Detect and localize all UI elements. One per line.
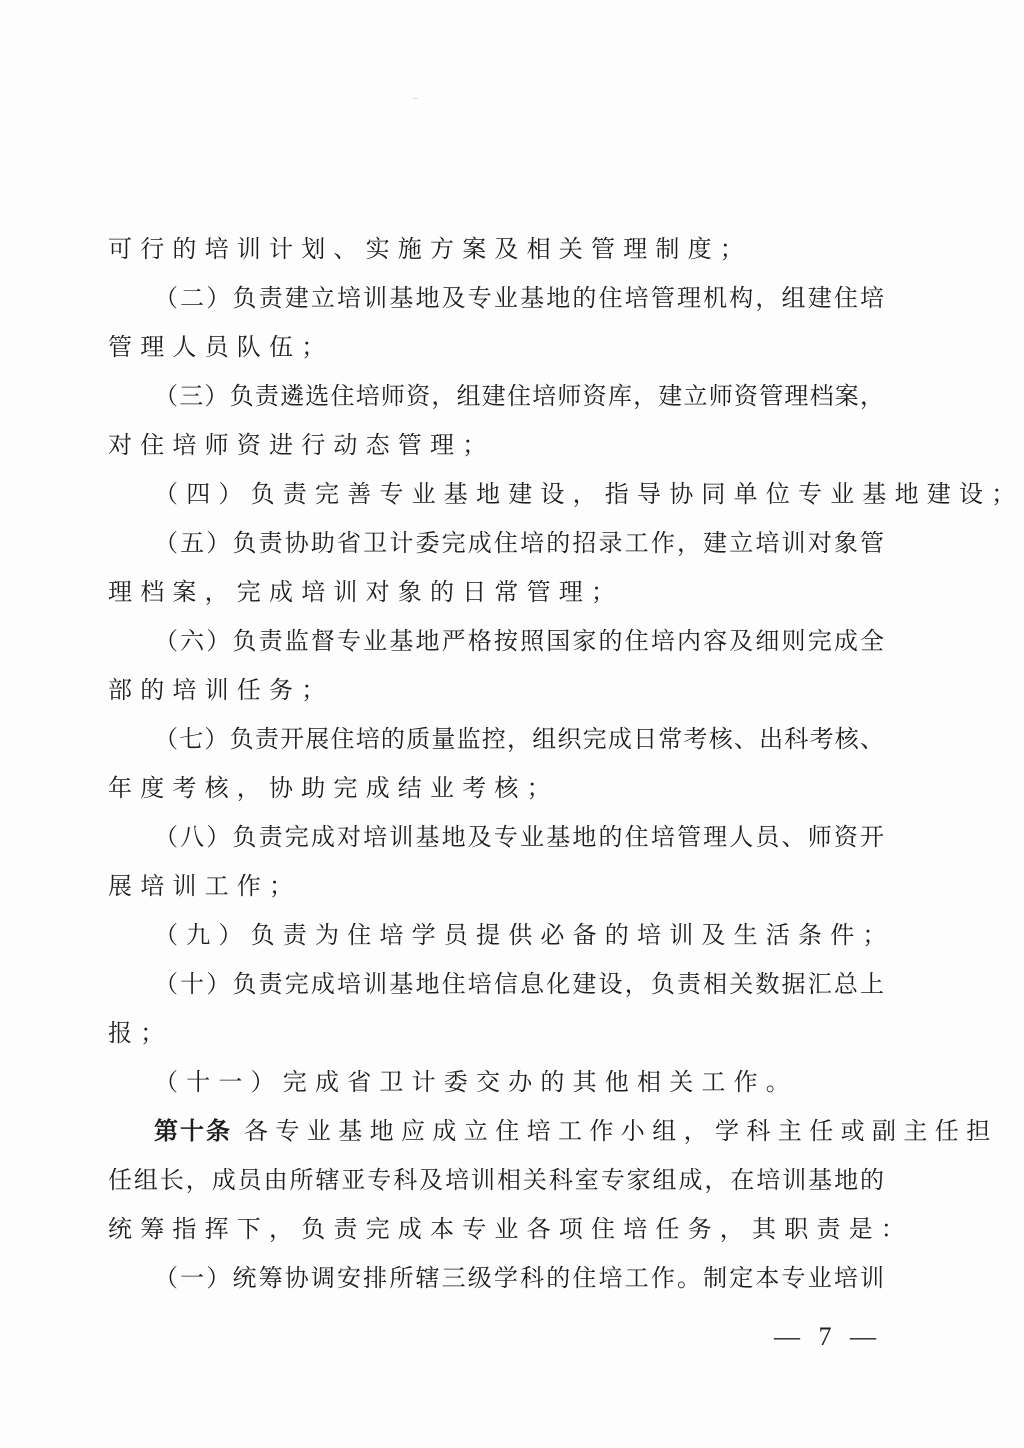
list-item-10: （十）负责完成培训基地住培信息化建设，负责相关数据汇总上 xyxy=(108,966,884,1015)
list-item-8: （八）负责完成对培训基地及专业基地的住培管理人员、师资开 xyxy=(108,819,884,868)
document-page: ~ 可行的培训计划、实施方案及相关管理制度； （二）负责建立培训基地及专业基地的… xyxy=(0,0,1024,1448)
article-text-line: 任组长，成员由所辖亚专科及培训相关科室专家组成，在培训基地的 xyxy=(108,1162,884,1211)
list-item-4: （四）负责完善专业基地建设，指导协同单位专业基地建设； xyxy=(108,476,884,525)
list-item-3: （三）负责遴选住培师资，组建住培师资库，建立师资管理档案， xyxy=(108,378,884,427)
article-heading: 第十条 xyxy=(154,1116,232,1145)
list-item-2: （二）负责建立培训基地及专业基地的住培管理机构，组建住培 xyxy=(108,280,884,329)
scan-artifact: ~ xyxy=(412,94,419,103)
text-line: 展培训工作； xyxy=(108,868,884,917)
article-10-first-line: 第十条各专业基地应成立住培工作小组，学科主任或副主任担 xyxy=(108,1113,884,1162)
page-number: — 7 — xyxy=(774,1322,882,1352)
text-line: 理档案，完成培训对象的日常管理； xyxy=(108,574,884,623)
text-line: 部的培训任务； xyxy=(108,672,884,721)
text-line: 年度考核，协助完成结业考核； xyxy=(108,770,884,819)
text-line: 可行的培训计划、实施方案及相关管理制度； xyxy=(108,231,884,280)
list-item-11: （十一）完成省卫计委交办的其他相关工作。 xyxy=(108,1064,884,1113)
article-text-line: 统筹指挥下，负责完成本专业各项住培任务，其职责是： xyxy=(108,1211,884,1260)
text-line: 报； xyxy=(108,1015,884,1064)
article-list-item-1: （一）统筹协调安排所辖三级学科的住培工作。制定本专业培训 xyxy=(108,1260,884,1309)
article-text: 各专业基地应成立住培工作小组，学科主任或副主任担 xyxy=(244,1117,998,1145)
text-line: 对住培师资进行动态管理； xyxy=(108,427,884,476)
list-item-7: （七）负责开展住培的质量监控，组织完成日常考核、出科考核、 xyxy=(108,721,884,770)
document-body: 可行的培训计划、实施方案及相关管理制度； （二）负责建立培训基地及专业基地的住培… xyxy=(108,231,884,1309)
list-item-5: （五）负责协助省卫计委完成住培的招录工作，建立培训对象管 xyxy=(108,525,884,574)
list-item-6: （六）负责监督专业基地严格按照国家的住培内容及细则完成全 xyxy=(108,623,884,672)
list-item-9: （九）负责为住培学员提供必备的培训及生活条件； xyxy=(108,917,884,966)
text-line: 管理人员队伍； xyxy=(108,329,884,378)
